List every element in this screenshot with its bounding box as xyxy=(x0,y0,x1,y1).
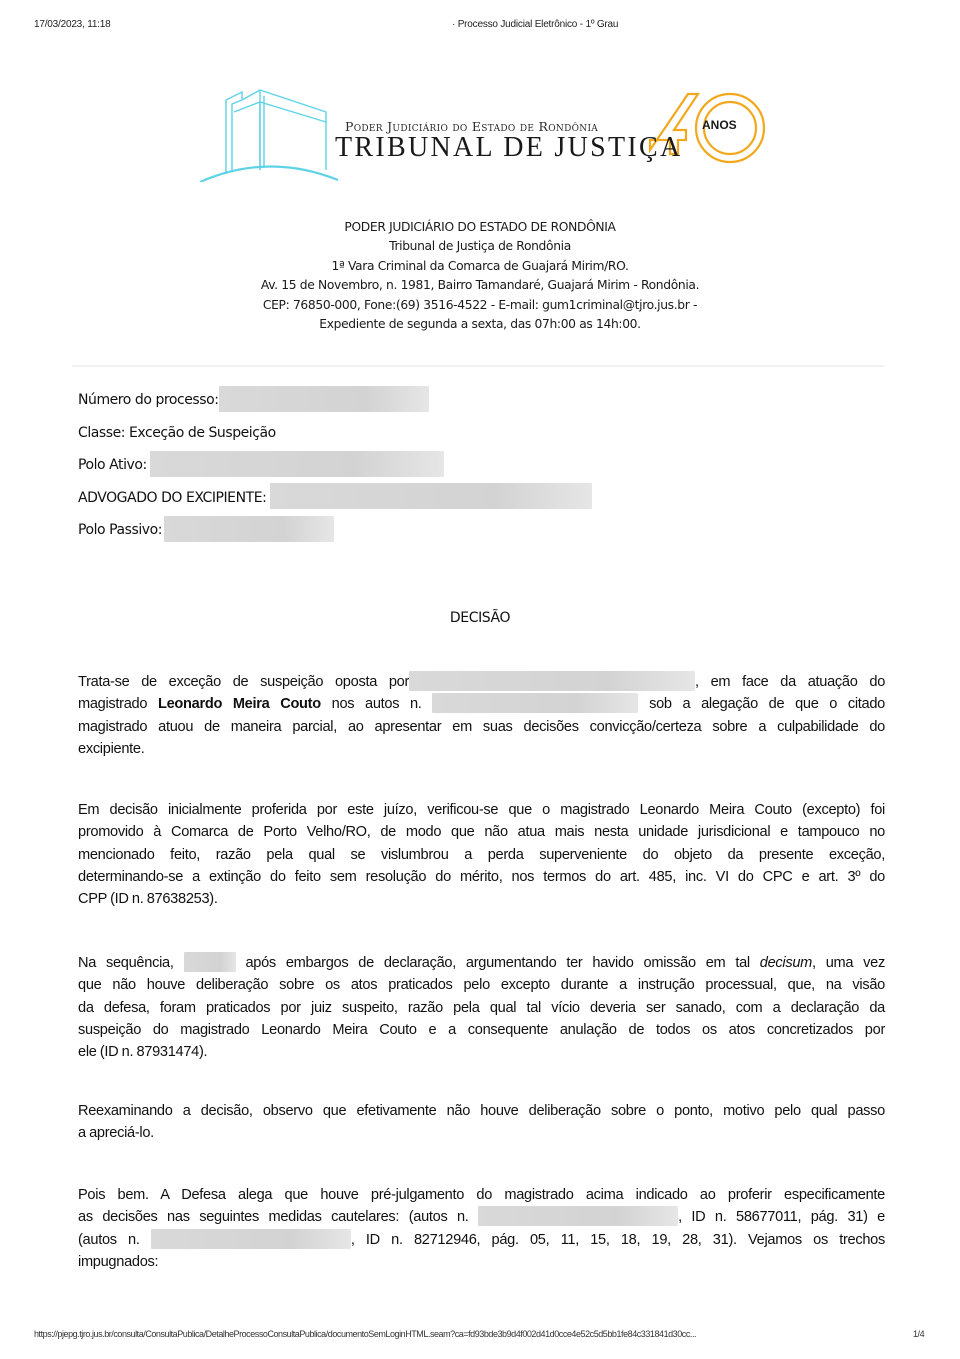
page-number: 1/4 xyxy=(913,1329,924,1339)
paragraph-1: Trata-se de exceção de suspeição oposta … xyxy=(78,671,885,760)
court-header: PODER JUDICIÁRIO DO ESTADO DE RONDÔNIA T… xyxy=(0,218,960,334)
redacted-active-party xyxy=(150,451,444,477)
logo-anos-label: ANOS xyxy=(702,118,737,132)
case-class-label: Classe: Exceção de Suspeição xyxy=(78,425,276,441)
judge-name: Leonardo Meira Couto xyxy=(158,696,321,712)
court-line: Expediente de segunda a sexta, das 07h:0… xyxy=(0,315,960,334)
redacted-case-ref-1 xyxy=(478,1206,678,1226)
court-line: Av. 15 de Novembro, n. 1981, Bairro Tama… xyxy=(0,276,960,295)
lawyer-row: ADVOGADO DO EXCIPIENTE: xyxy=(78,486,592,519)
redacted-case-ref xyxy=(432,693,638,713)
redacted-passive-party xyxy=(164,516,334,542)
redacted-lawyer xyxy=(270,483,592,509)
divider xyxy=(72,365,884,367)
redacted-case-number xyxy=(219,386,429,412)
passive-party-label: Polo Passivo: xyxy=(78,522,162,538)
redacted-excipient xyxy=(409,671,695,691)
active-party-label: Polo Ativo: xyxy=(78,457,147,473)
court-line: Tribunal de Justiça de Rondônia xyxy=(0,237,960,256)
lawyer-label: ADVOGADO DO EXCIPIENTE: xyxy=(78,490,266,506)
paragraph-5: Pois bem. A Defesa alega que houve pré-j… xyxy=(78,1184,885,1273)
case-info: Número do processo: Classe: Exceção de S… xyxy=(78,388,592,551)
paragraph-3: Na sequência, após embargos de declaraçã… xyxy=(78,952,885,1063)
logo-title: TRIBUNAL DE JUSTIÇA xyxy=(335,132,683,164)
court-line: CEP: 76850-000, Fone:(69) 3516-4522 - E-… xyxy=(0,296,960,315)
case-class-row: Classe: Exceção de Suspeição xyxy=(78,421,592,454)
redacted-party xyxy=(184,952,236,972)
court-line: PODER JUDICIÁRIO DO ESTADO DE RONDÔNIA xyxy=(0,218,960,237)
court-logo: Poder Judiciário do Estado de Rondônia T… xyxy=(198,82,778,182)
print-datetime: 17/03/2023, 11:18 xyxy=(34,19,111,30)
paragraph-4: Reexaminando a decisão, observo que efet… xyxy=(78,1100,885,1145)
page-url: https://pjepg.tjro.jus.br/consulta/Consu… xyxy=(34,1329,696,1339)
court-line: 1ª Vara Criminal da Comarca de Guajará M… xyxy=(0,257,960,276)
active-party-row: Polo Ativo: xyxy=(78,453,592,486)
case-number-label: Número do processo: xyxy=(78,392,219,408)
print-header: 17/03/2023, 11:18 · Processo Judicial El… xyxy=(0,19,960,33)
print-page-title: · Processo Judicial Eletrônico - 1º Grau xyxy=(452,19,618,30)
paragraph-2: Em decisão inicialmente proferida por es… xyxy=(78,799,885,910)
redacted-case-ref-2 xyxy=(151,1229,351,1249)
passive-party-row: Polo Passivo: xyxy=(78,518,592,551)
case-number-row: Número do processo: xyxy=(78,388,592,421)
decision-heading: DECISÃO xyxy=(0,610,960,626)
